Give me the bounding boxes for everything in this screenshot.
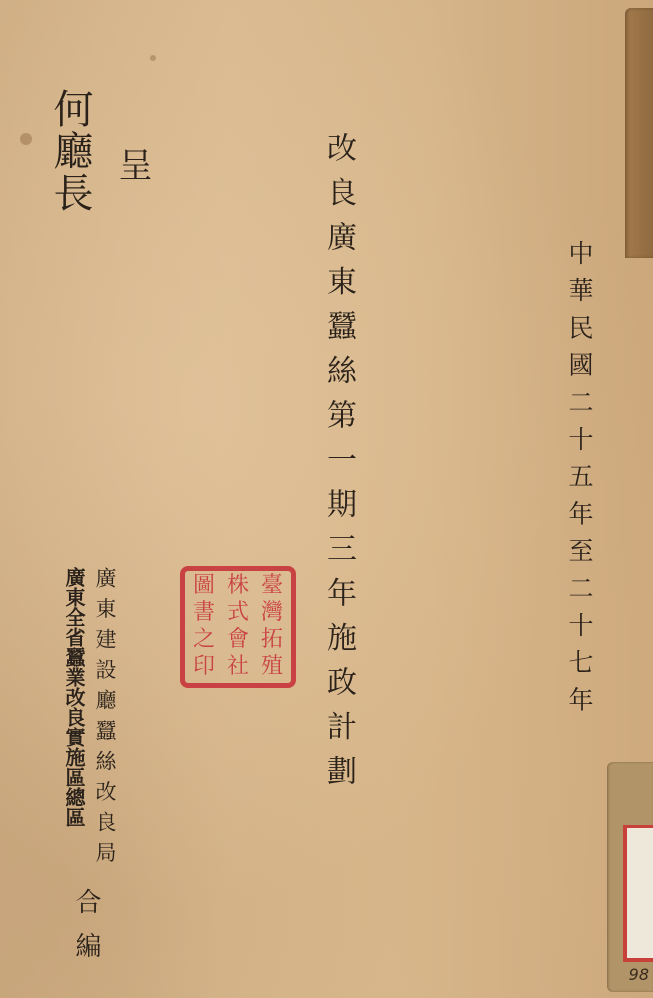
seal-char: 式 [221,600,255,627]
paper-stain [150,55,156,61]
seal-char: 之 [187,627,221,654]
spine-binding-strip [625,8,653,258]
paper-stain [20,133,32,145]
seal-char: 社 [221,654,255,681]
dedication-recipient: 何廳長 [42,88,99,214]
seal-char: 灣 [255,600,289,627]
seal-char: 圖 [187,573,221,600]
joint-compilation-label: 合編 [68,888,105,976]
dedication-verb: 呈 [108,147,157,181]
seal-char: 印 [187,654,221,681]
seal-char: 臺 [255,573,289,600]
seal-char: 拓 [255,627,289,654]
seal-char: 殖 [255,654,289,681]
library-label-number: 98 [629,965,649,984]
seal-char: 會 [221,627,255,654]
seal-char: 書 [187,600,221,627]
publisher-2: 廣東全省蠶業改良實施區總區 [60,567,89,827]
publisher-1: 廣東建設廳蠶絲改良局 [90,567,120,872]
seal-char: 株 [221,573,255,600]
document-date: 中華民國二十五年至二十七年 [561,240,597,724]
library-seal-stamp: 臺 灣 拓 殖 株 式 會 社 圖 書 之 印 [180,566,296,688]
document-title: 改良廣東蠶絲第一期三年施政計劃 [316,132,360,800]
library-label-card [623,825,653,961]
label-red-line [623,960,653,962]
document-cover: 何廳長 呈 改良廣東蠶絲第一期三年施政計劃 中華民國二十五年至二十七年 廣東建設… [0,0,653,998]
